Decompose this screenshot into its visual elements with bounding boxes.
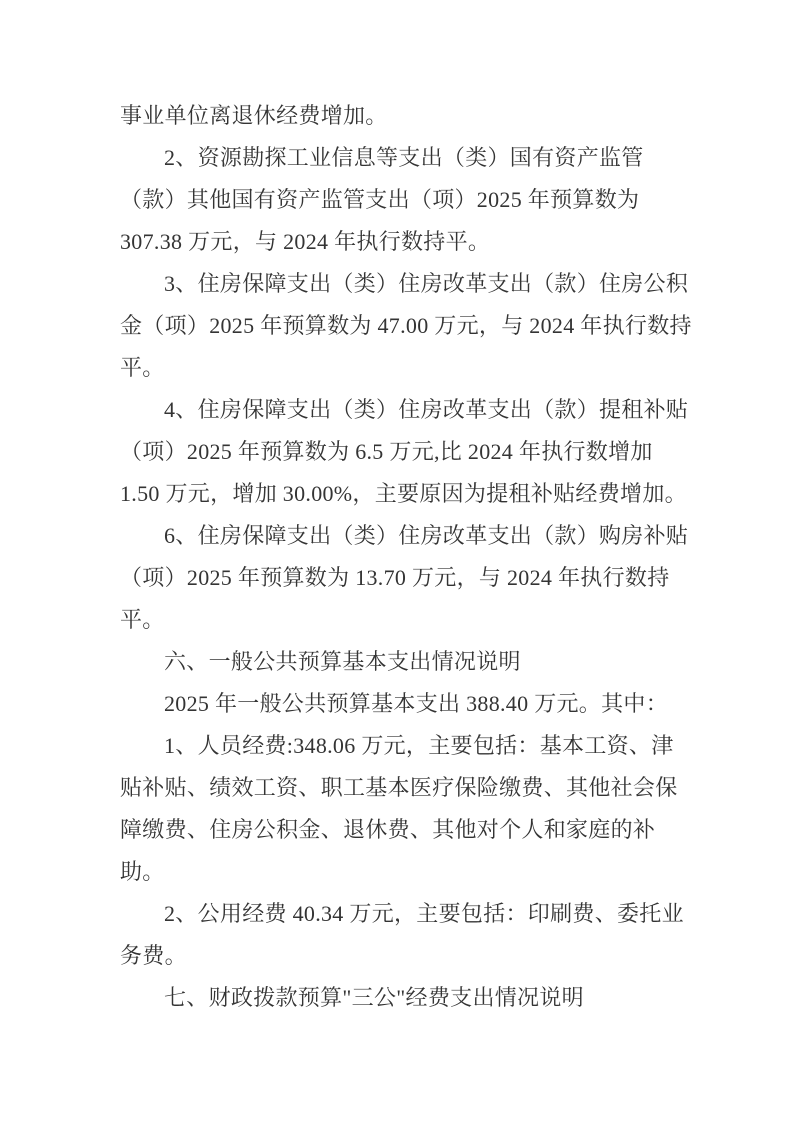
text-line: 平。 bbox=[120, 347, 702, 389]
text-line: 2025 年一般公共预算基本支出 388.40 万元。其中： bbox=[120, 683, 702, 725]
text-line: 平。 bbox=[120, 599, 702, 641]
text-line: 4、住房保障支出（类）住房改革支出（款）提租补贴 bbox=[120, 389, 702, 431]
document-page: 事业单位离退休经费增加。 2、资源勘探工业信息等支出（类）国有资产监管 （款）其… bbox=[0, 0, 800, 1131]
text-line: 307.38 万元，与 2024 年执行数持平。 bbox=[120, 221, 702, 263]
text-line: 助。 bbox=[120, 851, 702, 893]
text-line: （款）其他国有资产监管支出（项）2025 年预算数为 bbox=[120, 179, 702, 221]
section-heading-line: 六、一般公共预算基本支出情况说明 bbox=[120, 641, 702, 683]
text-line: 3、住房保障支出（类）住房改革支出（款）住房公积 bbox=[120, 263, 702, 305]
text-line: 6、住房保障支出（类）住房改革支出（款）购房补贴 bbox=[120, 515, 702, 557]
text-line: 1.50 万元，增加 30.00%，主要原因为提租补贴经费增加。 bbox=[120, 473, 702, 515]
text-line: 事业单位离退休经费增加。 bbox=[120, 95, 702, 137]
text-line: 1、人员经费:348.06 万元，主要包括：基本工资、津 bbox=[120, 725, 702, 767]
text-line: 2、资源勘探工业信息等支出（类）国有资产监管 bbox=[120, 137, 702, 179]
text-line: （项）2025 年预算数为 13.70 万元，与 2024 年执行数持 bbox=[120, 557, 702, 599]
section-heading-line: 七、财政拨款预算"三公"经费支出情况说明 bbox=[120, 977, 702, 1019]
text-line: 金（项）2025 年预算数为 47.00 万元，与 2024 年执行数持 bbox=[120, 305, 702, 347]
text-line: 障缴费、住房公积金、退休费、其他对个人和家庭的补 bbox=[120, 809, 702, 851]
text-line: 2、公用经费 40.34 万元，主要包括：印刷费、委托业 bbox=[120, 893, 702, 935]
text-line: （项）2025 年预算数为 6.5 万元,比 2024 年执行数增加 bbox=[120, 431, 702, 473]
document-text-block: 事业单位离退休经费增加。 2、资源勘探工业信息等支出（类）国有资产监管 （款）其… bbox=[120, 95, 702, 1019]
text-line: 贴补贴、绩效工资、职工基本医疗保险缴费、其他社会保 bbox=[120, 767, 702, 809]
text-line: 务费。 bbox=[120, 935, 702, 977]
